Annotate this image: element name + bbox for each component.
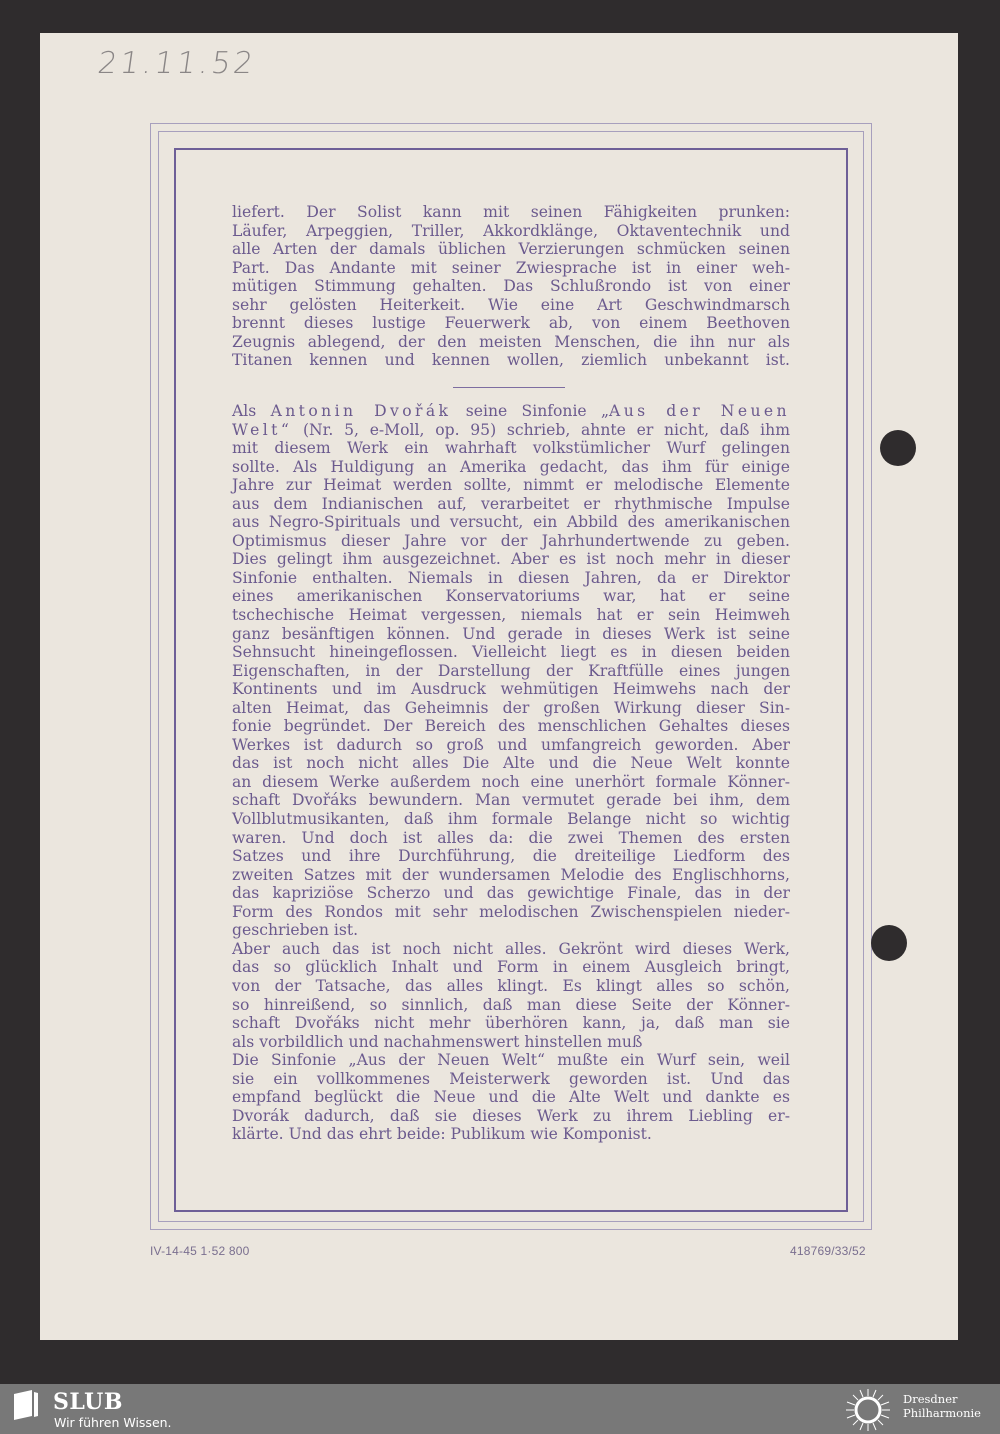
section-divider [453, 387, 565, 388]
symphony-title: Aus der Neuen [609, 402, 790, 420]
text-line: Sehnsucht hineingeflossen. Vielleicht li… [232, 643, 790, 662]
text-line: waren. Und doch ist alles da: die zwei T… [232, 829, 790, 848]
text-line: von der Tatsache, das alles klingt. Es k… [232, 977, 790, 996]
text-line: tschechische Heimat vergessen, niemals h… [232, 606, 790, 625]
text-line: Die Sinfonie „Aus der Neuen Welt“ mußte … [232, 1051, 790, 1070]
slub-book-icon [12, 1390, 40, 1420]
text-line: Dies gelingt ihm ausgezeichnet. Aber es … [232, 550, 790, 569]
text-line: Satzes und ihre Durchführung, die dreite… [232, 847, 790, 866]
slub-logo-text[interactable]: SLUB [53, 1389, 123, 1415]
text-line: aus Negro-Spirituals und versucht, ein A… [232, 513, 790, 532]
text-line: Optimismus dieser Jahre vor der Jahrhund… [232, 532, 790, 551]
library-footer-bar: SLUB Wir führen Wissen. Dresdner Philhar… [0, 1384, 1000, 1434]
text-line: klärte. Und das ehrt beide: Publikum wie… [232, 1125, 790, 1144]
text-line: Dvorák dadurch, daß sie dieses Werk zu i… [232, 1107, 790, 1126]
text-line: sie ein vollkommenes Meisterwerk geworde… [232, 1070, 790, 1089]
text-line: Jahre zur Heimat werden sollte, nimmt er… [232, 476, 790, 495]
text-line: Vollblutmusikanten, daß ihm formale Bela… [232, 810, 790, 829]
text-line: Form des Rondos mit sehr melodischen Zwi… [232, 903, 790, 922]
print-code-left: IV-14-45 1·52 800 [150, 1244, 249, 1258]
text-line: sehr gelösten Heiterkeit. Wie eine Art G… [232, 296, 790, 315]
text-line: Kontinents und im Ausdruck wehmütigen He… [232, 680, 790, 699]
text-line: das kapriziöse Scherzo und das gewichtig… [232, 884, 790, 903]
text-line: Aber auch das ist noch nicht alles. Gekr… [232, 940, 790, 959]
text-line: schaft Dvořáks bewundern. Man vermutet g… [232, 791, 790, 810]
text-line: als vorbildlich und nachahmenswert hinst… [232, 1033, 790, 1052]
text-line: sollte. Als Huldigung an Amerika gedacht… [232, 458, 790, 477]
text-line: liefert. Der Solist kann mit seinen Fähi… [232, 203, 790, 222]
text-line: schaft Dvořáks nicht mehr überhören kann… [232, 1014, 790, 1033]
paragraph-dvorak-symphony: Als Antonin Dvořák seine Sinfonie „Aus d… [232, 402, 790, 1144]
text-line: fonie begründet. Der Bereich des menschl… [232, 717, 790, 736]
text-line: Part. Das Andante mit seiner Zwiesprache… [232, 259, 790, 278]
text-line: Titanen kennen und kennen wollen, ziemli… [232, 351, 790, 370]
text-line: ganz besänftigen können. Und gerade in d… [232, 625, 790, 644]
dresdner-philharmonie-sunburst-icon [842, 1387, 894, 1433]
text-line: mütigen Stimmung gehalten. Das Schlußron… [232, 277, 790, 296]
text-line: an diesem Werke außerdem noch eine unerh… [232, 773, 790, 792]
text-line: alle Arten der damals üblichen Verzierun… [232, 240, 790, 259]
text-line: empfand beglückt die Neue und die Alte W… [232, 1088, 790, 1107]
punch-hole-bottom [871, 925, 907, 961]
text-line: geschrieben ist. [232, 921, 790, 940]
text-line: brennt dieses lustige Feuerwerk ab, von … [232, 314, 790, 333]
symphony-title-end: Welt“ [232, 421, 292, 439]
handwritten-date: 21.11.52 [96, 46, 259, 81]
composer-name: Antonin Dvořák [271, 402, 452, 420]
text-line: Zeugnis ablegend, der den meisten Mensch… [232, 333, 790, 352]
text-line: das so glücklich Inhalt und Form in eine… [232, 958, 790, 977]
text-line: eines amerikanischen Konservatoriums war… [232, 587, 790, 606]
text-line: so hinreißend, so sinnlich, daß man dies… [232, 996, 790, 1015]
dresdner-philharmonie-logo-text[interactable]: Dresdner Philharmonie [903, 1393, 981, 1420]
print-code-right: 418769/33/52 [790, 1244, 866, 1258]
text-line: Eigenschaften, in der Darstellung der Kr… [232, 662, 790, 681]
text-line: alten Heimat, das Geheimnis der großen W… [232, 699, 790, 718]
text-line: das ist noch nicht alles Die Alte und di… [232, 754, 790, 773]
text-line: aus dem Indianischen auf, verarbeitet er… [232, 495, 790, 514]
text-line: Läufer, Arpeggien, Triller, Akkordklänge… [232, 222, 790, 241]
text-line: Sinfonie enthalten. Niemals in diesen Ja… [232, 569, 790, 588]
intro-line: Als Antonin Dvořák seine Sinfonie „Aus d… [232, 402, 790, 421]
punch-hole-top [880, 430, 916, 466]
paragraph-concerto-end: liefert. Der Solist kann mit seinen Fähi… [232, 203, 790, 370]
text-line: Werkes ist dadurch so groß und umfangrei… [232, 736, 790, 755]
text-line: zweiten Satzes mit der wundersamen Melod… [232, 866, 790, 885]
slub-tagline: Wir führen Wissen. [54, 1415, 172, 1430]
text-line: mit diesem Werk ein wahrhaft volkstümlic… [232, 439, 790, 458]
intro-line-2: Welt“ (Nr. 5, e-Moll, op. 95) schrieb, a… [232, 421, 790, 440]
